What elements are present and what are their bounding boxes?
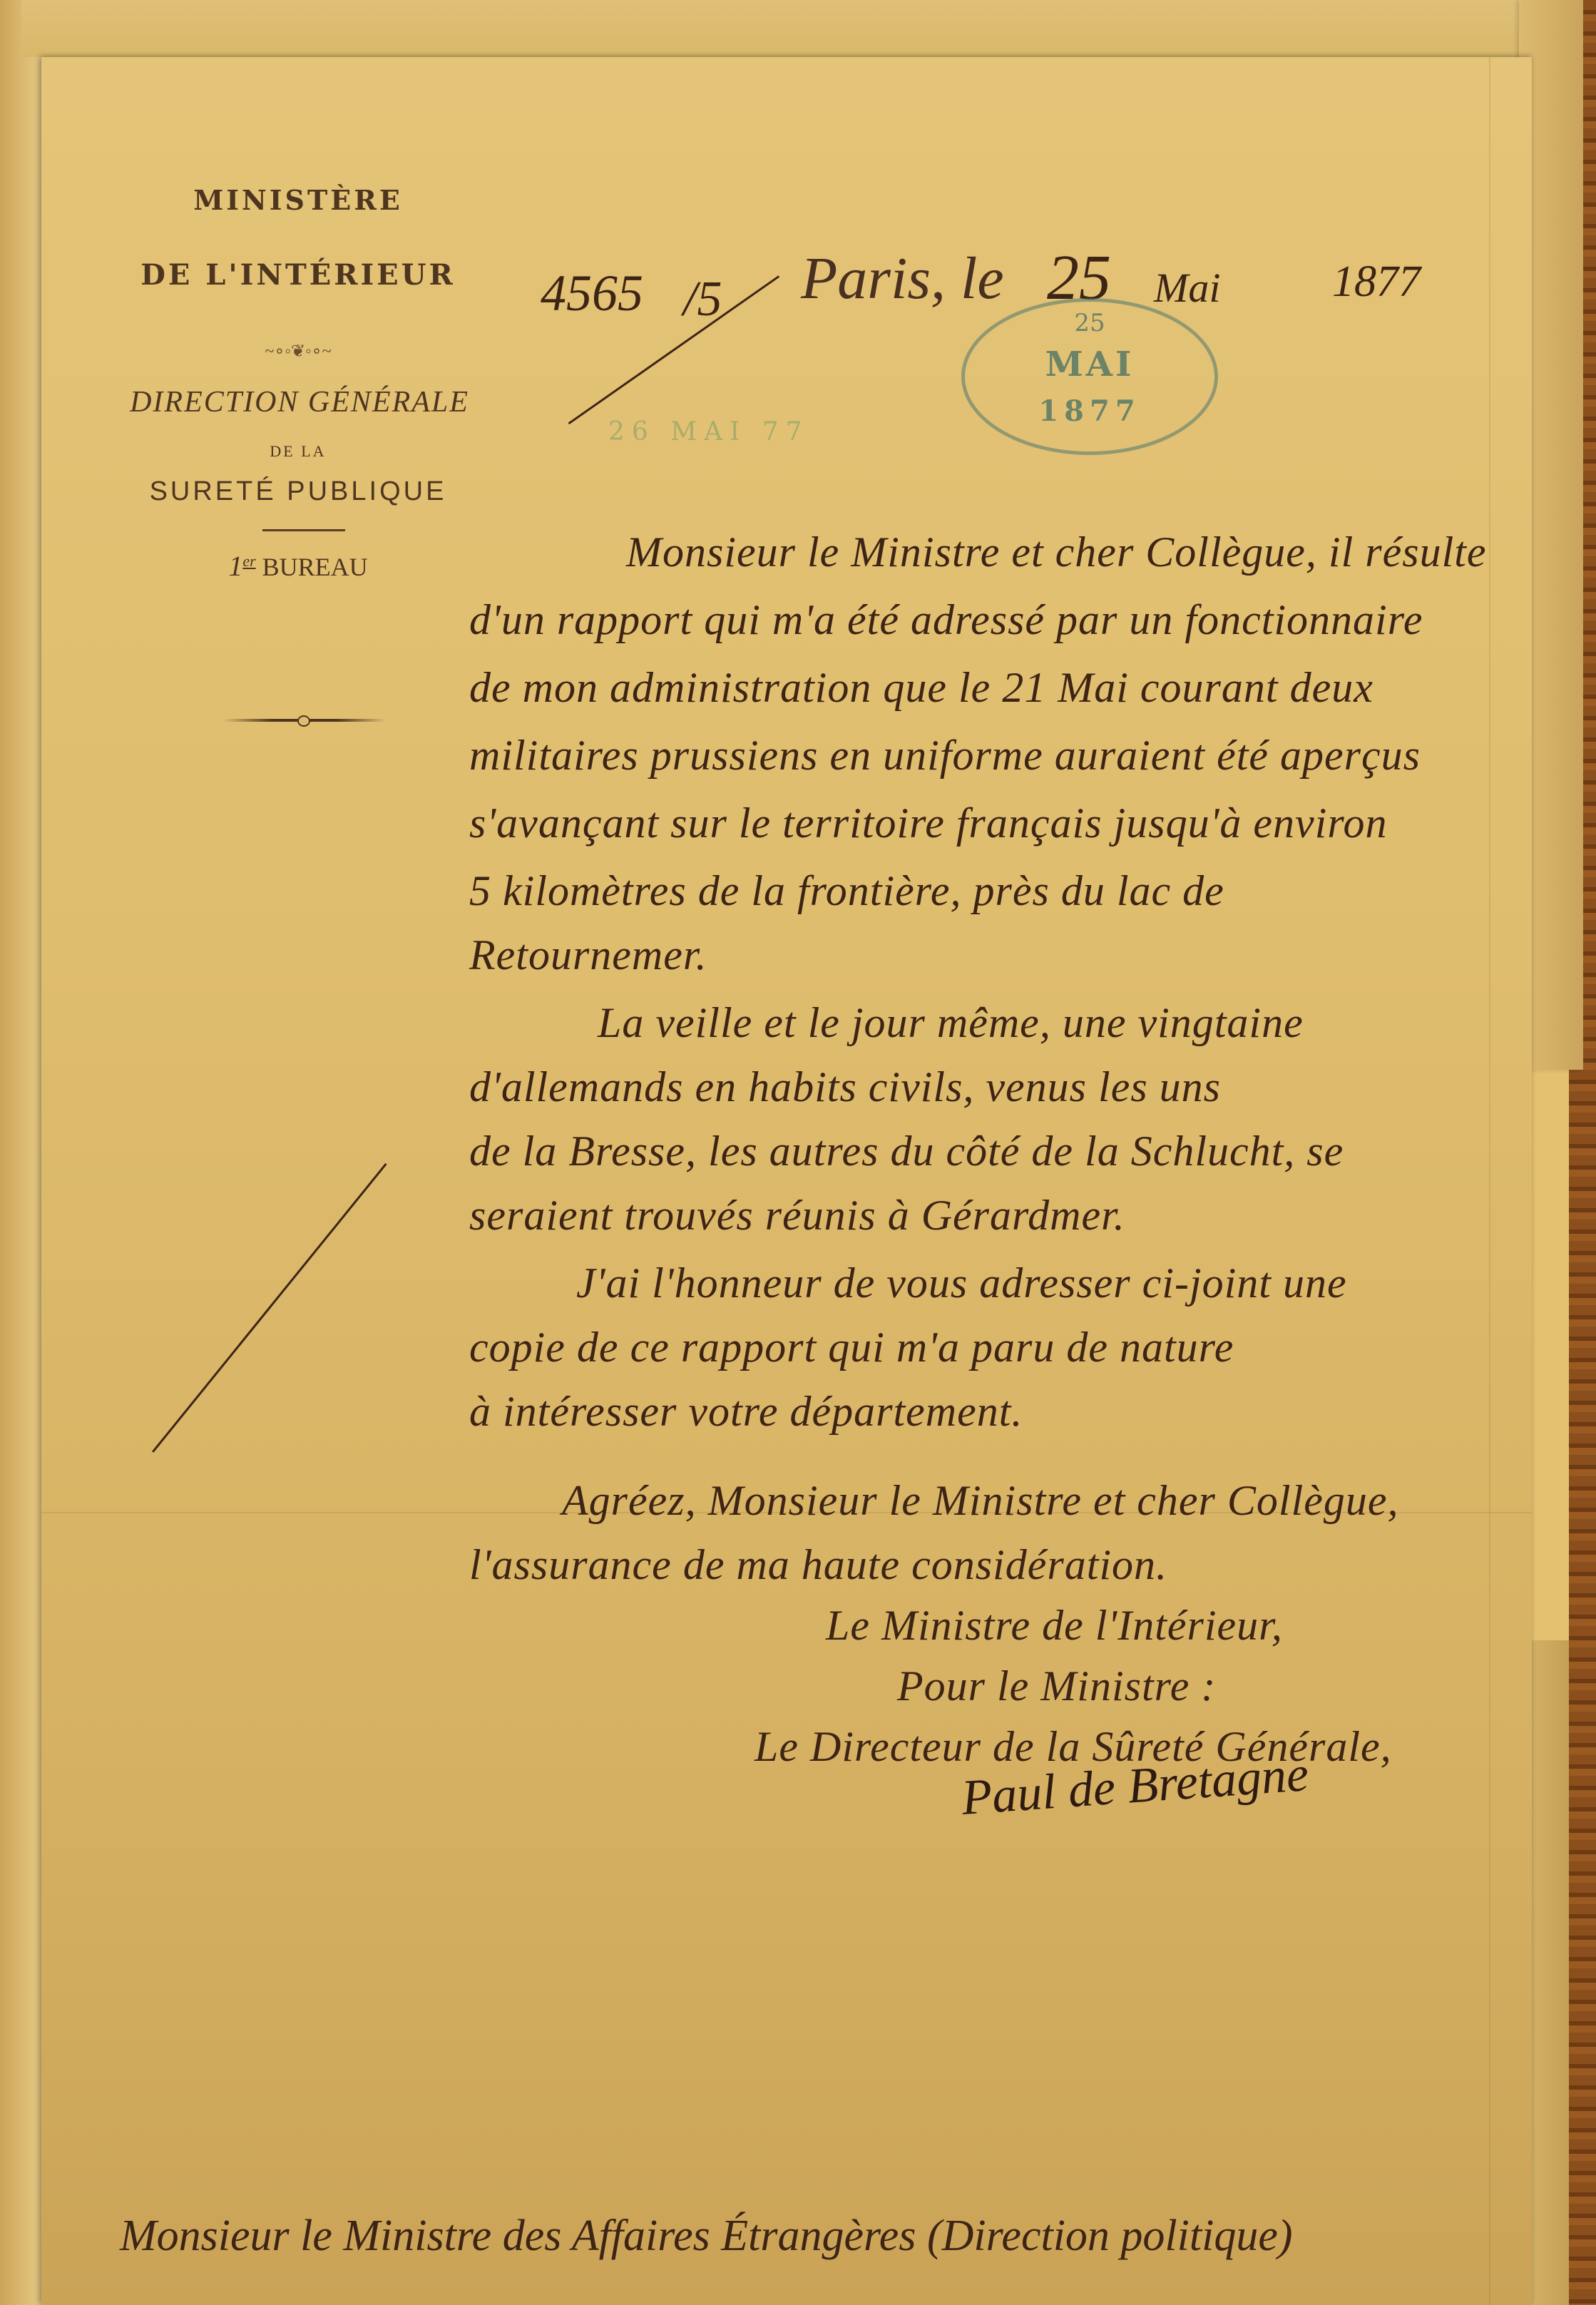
vertical-fold [1489, 57, 1490, 2305]
body-line: Monsieur le Ministre et cher Collègue, i… [626, 528, 1487, 577]
body-line: militaires prussiens en uniforme auraien… [469, 731, 1421, 780]
body-line: s'avançant sur le territoire français ju… [469, 799, 1387, 848]
received-stamp-faint: 26 MAI 77 [608, 417, 809, 446]
oval-date-stamp: 25 MAI 1877 [961, 298, 1218, 455]
body-line: d'un rapport qui m'a été adressé par un … [469, 596, 1423, 645]
closing-pour-le-ministre: Pour le Ministre : [897, 1662, 1216, 1711]
body-line: d'allemands en habits civils, venus les … [469, 1063, 1221, 1112]
closing-minister: Le Ministre de l'Intérieur, [826, 1601, 1283, 1650]
reference-number: 4565 [541, 264, 643, 323]
letterhead-de-la: DE LA [113, 442, 484, 461]
body-line: La veille et le jour même, une vingtaine [598, 998, 1304, 1048]
letterhead-interior: DE L'INTÉRIEUR [113, 258, 484, 292]
letterhead-bureau: 1er BUREAU [113, 549, 484, 583]
underlying-sheet-left-edge [0, 0, 43, 2305]
letterhead-ministry: MINISTÈRE [113, 184, 484, 216]
body-line: Retournemer. [469, 931, 707, 980]
body-line: l'assurance de ma haute considération. [469, 1540, 1167, 1590]
body-line: Agréez, Monsieur le Ministre et cher Col… [562, 1476, 1399, 1525]
diagonal-stroke-margin [152, 1163, 387, 1453]
body-line: J'ai l'honneur de vous adresser ci-joint… [576, 1259, 1347, 1308]
bureau-number: 1 [228, 550, 242, 582]
letterhead-ornament-icon: ~∘◦❦◦∘~ [113, 341, 484, 362]
letterhead-direction: DIRECTION GÉNÉRALE [100, 385, 499, 419]
bureau-label: BUREAU [262, 553, 368, 581]
underlying-sheet-top-edge [21, 0, 1555, 57]
stamp-day: 25 [965, 309, 1214, 337]
body-line: 5 kilomètres de la frontière, près du la… [469, 867, 1224, 916]
dateline-place: Paris, le [801, 244, 1004, 313]
addressee-line: Monsieur le Ministre des Affaires Étrang… [120, 2211, 1292, 2261]
dateline-year: 1877 [1332, 257, 1421, 307]
bureau-suffix: er [242, 552, 255, 570]
body-line: de mon administration que le 21 Mai cour… [469, 663, 1374, 712]
stamp-year: 1877 [965, 394, 1214, 428]
body-line: de la Bresse, les autres du côté de la S… [469, 1127, 1344, 1176]
body-line: à intéresser votre département. [469, 1387, 1023, 1436]
stamp-month: MAI [965, 344, 1214, 384]
dateline-month: Mai [1154, 264, 1220, 312]
letterhead-divider-ornament-icon [223, 719, 386, 722]
letterhead-surete: SURETÉ PUBLIQUE [113, 476, 484, 507]
body-line: seraient trouvés réunis à Gérardmer. [469, 1191, 1125, 1240]
letter-page: MINISTÈRE DE L'INTÉRIEUR ~∘◦❦◦∘~ DIRECTI… [41, 57, 1532, 2305]
body-line: copie de ce rapport qui m'a paru de natu… [469, 1323, 1234, 1372]
letterhead-rule [262, 529, 345, 531]
